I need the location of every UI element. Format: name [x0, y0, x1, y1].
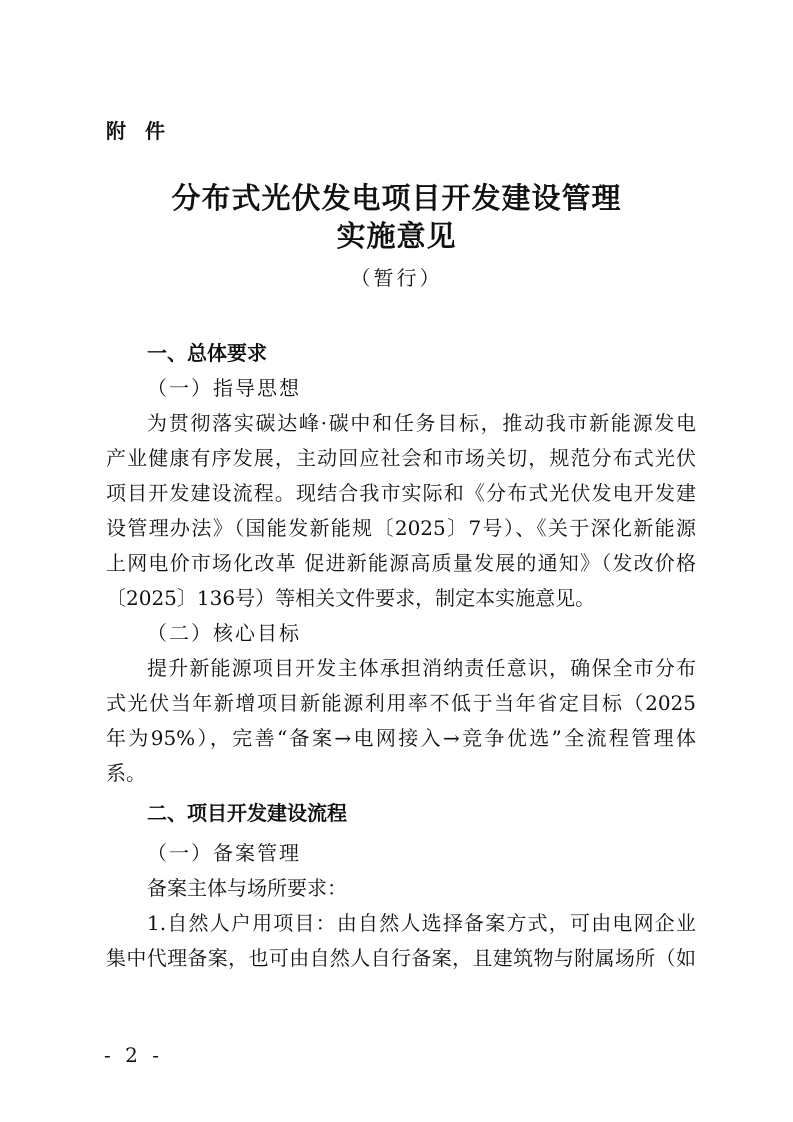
paragraph-line: 系。	[106, 760, 696, 786]
document-title-line1: 分布式光伏发电项目开发建设管理	[0, 180, 793, 216]
document-title-line2: 实施意见	[0, 218, 793, 254]
attachment-label: 附 件	[106, 115, 171, 144]
section-heading-2: 二、项目开发建设流程	[147, 800, 696, 826]
page-number: - 2 -	[104, 1043, 163, 1067]
paragraph-line: 1.自然人户用项目：由自然人选择备案方式，可由电网企业	[147, 910, 696, 936]
paragraph-line: 式光伏当年新增项目新能源利用率不低于当年省定目标（2025	[106, 690, 696, 716]
paragraph-line: 备案主体与场所要求：	[147, 875, 696, 901]
section-heading-1: 一、总体要求	[147, 340, 696, 366]
document-page: 附 件 分布式光伏发电项目开发建设管理 实施意见 （暂行） 一、总体要求 （一）…	[0, 0, 793, 1122]
paragraph-line: 设管理办法》（国能发新能规〔2025〕7号）、《关于深化新能源	[106, 515, 696, 541]
document-subtitle: （暂行）	[0, 262, 793, 291]
paragraph-line: 产业健康有序发展，主动回应社会和市场关切，规范分布式光伏	[106, 445, 696, 471]
paragraph-line: 年为95%），完善“备案→电网接入→竞争优选”全流程管理体	[106, 725, 696, 751]
paragraph-line: 〔2025〕136号）等相关文件要求，制定本实施意见。	[106, 585, 696, 611]
paragraph-line: 上网电价市场化改革 促进新能源高质量发展的通知》（发改价格	[106, 550, 696, 576]
paragraph-line: 集中代理备案，也可由自然人自行备案，且建筑物与附属场所（如	[106, 945, 696, 971]
subsection-heading-core-goal: （二）核心目标	[147, 620, 696, 646]
paragraph-line: 项目开发建设流程。现结合我市实际和《分布式光伏发电开发建	[106, 480, 696, 506]
subsection-heading-filing: （一）备案管理	[147, 840, 696, 866]
paragraph-line: 为贯彻落实碳达峰·碳中和任务目标，推动我市新能源发电	[147, 410, 696, 436]
subsection-heading-guiding-ideology: （一）指导思想	[147, 375, 696, 401]
paragraph-line: 提升新能源项目开发主体承担消纳责任意识，确保全市分布	[147, 655, 696, 681]
